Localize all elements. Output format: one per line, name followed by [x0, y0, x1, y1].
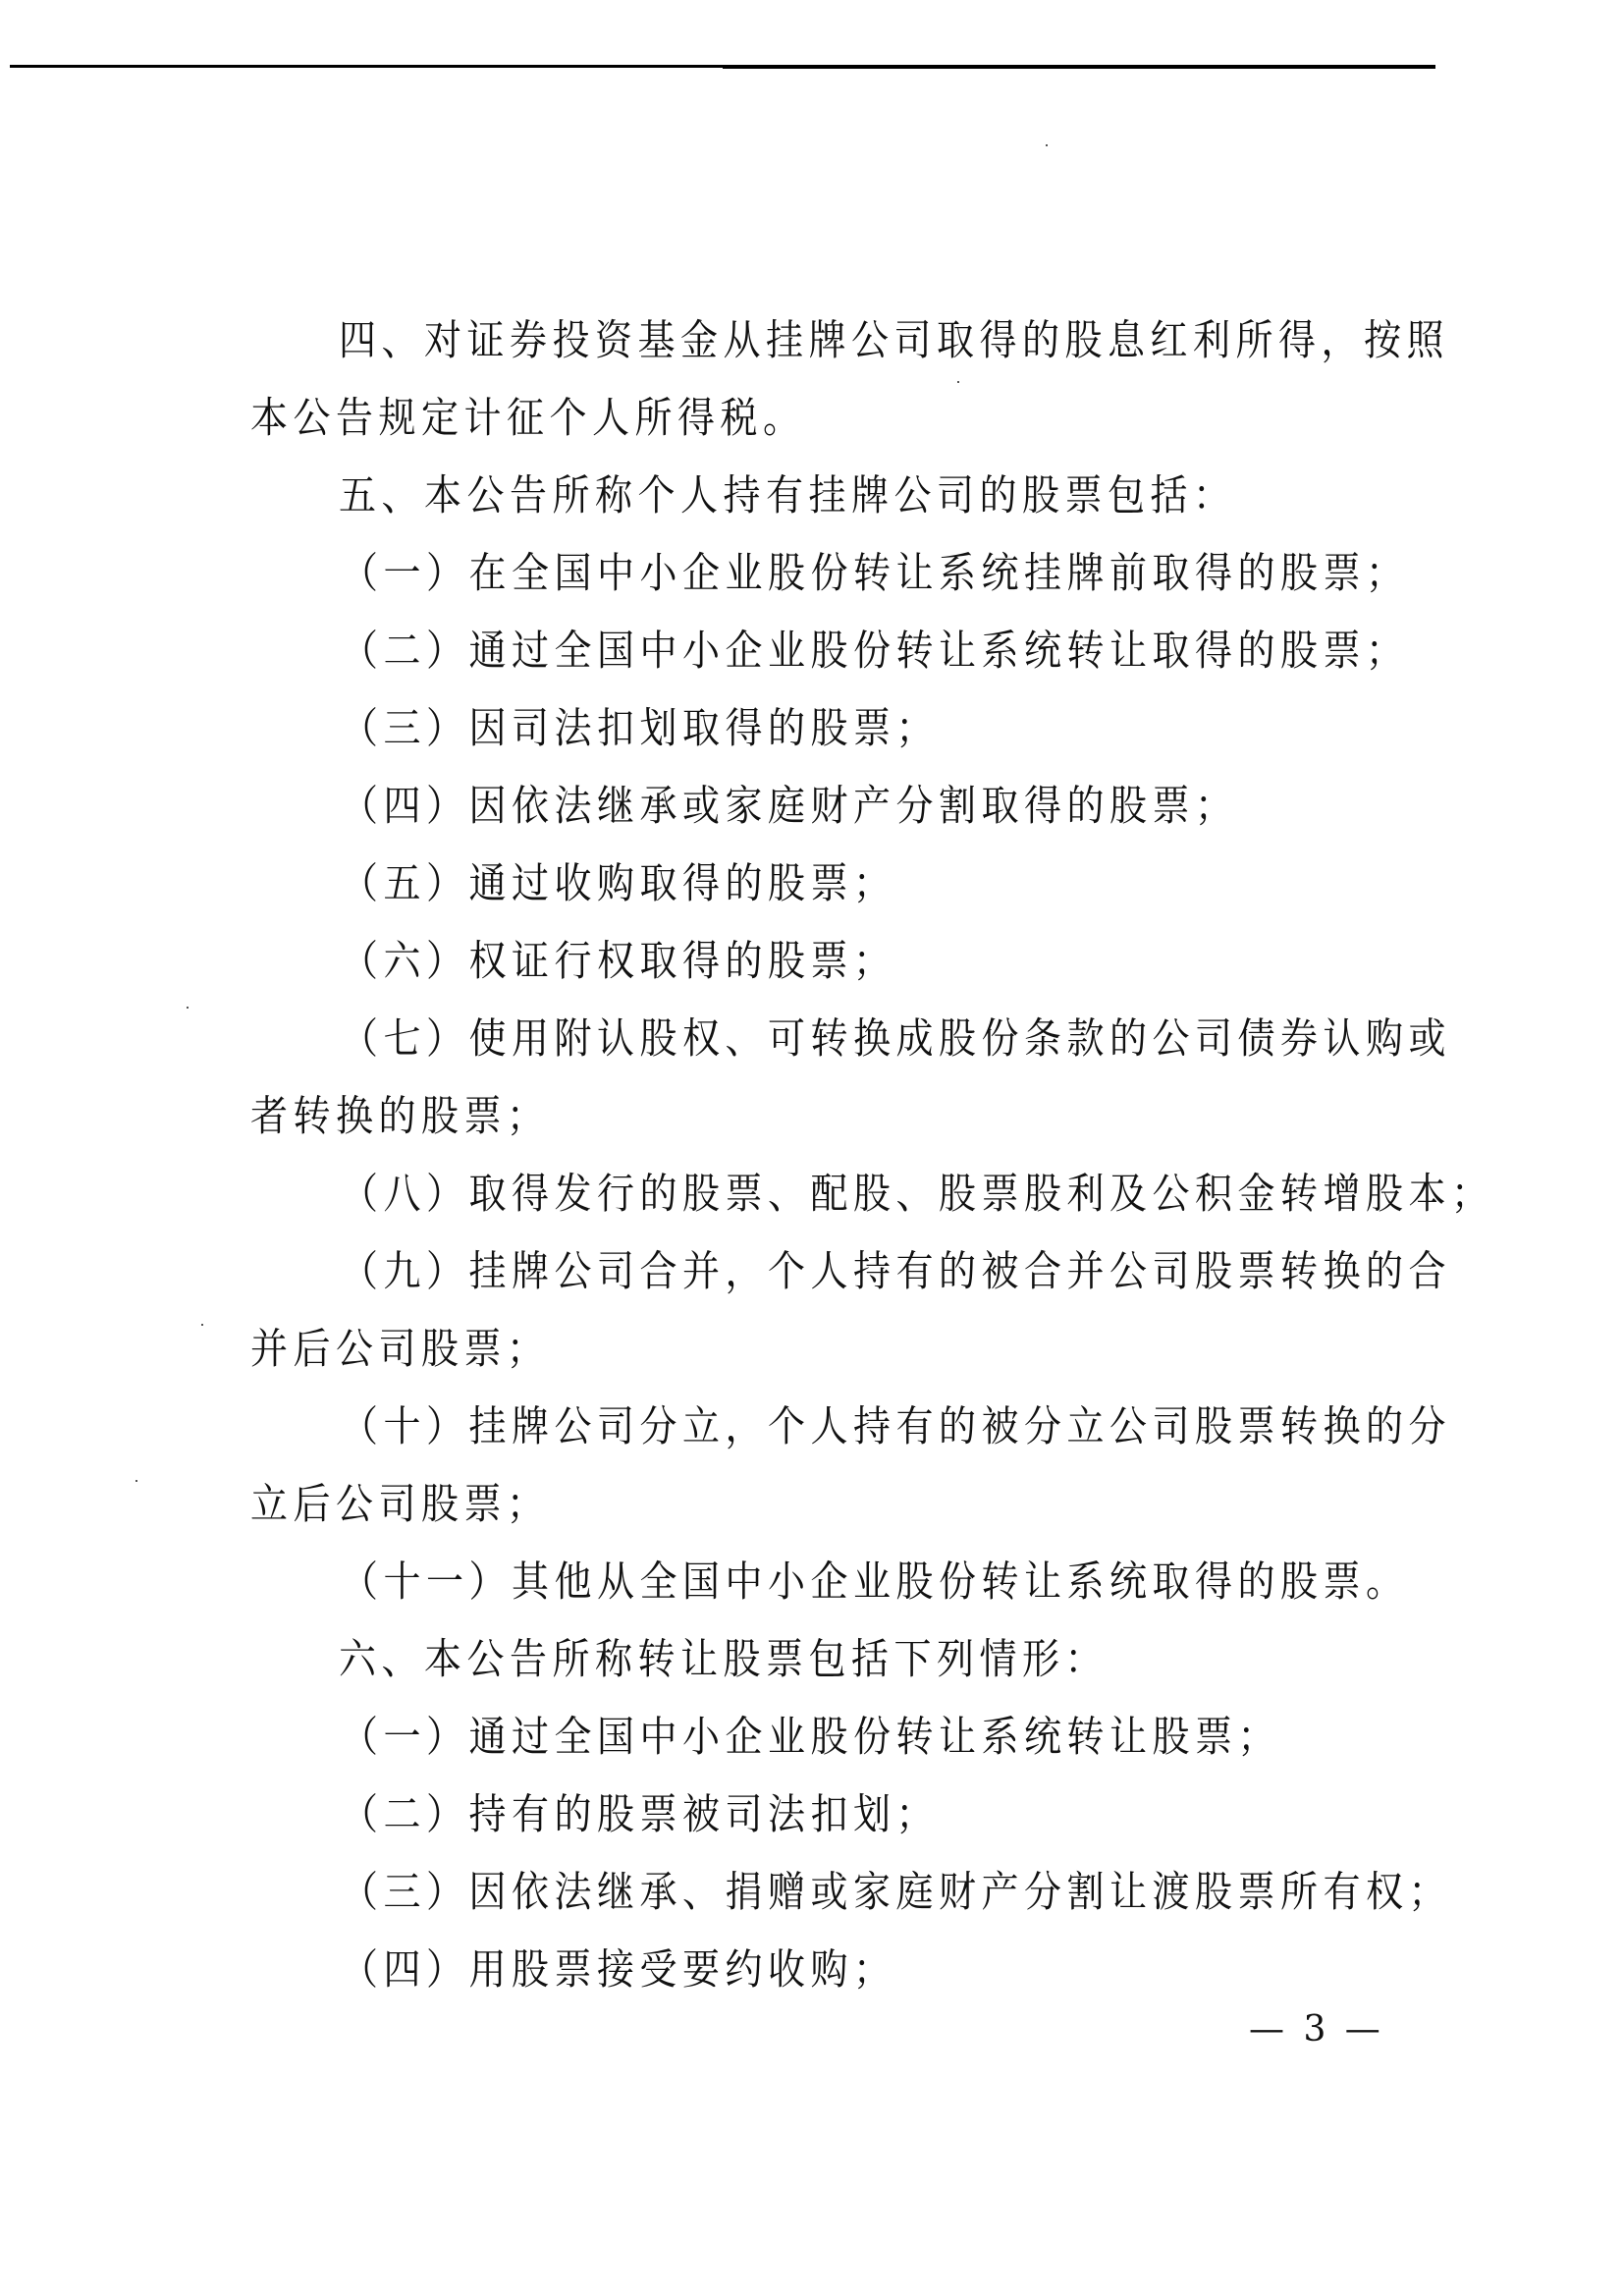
scan-speck [1046, 144, 1048, 146]
list-item-cont: 立后公司股票； [250, 1480, 550, 1528]
scan-speck [187, 1007, 189, 1009]
paragraph-4-cont: 本公告规定计征个人所得税。 [250, 394, 806, 442]
header-rule [10, 65, 1435, 68]
list-item: （四）用股票接受要约收购； [341, 1945, 896, 1994]
list-item-cont: 者转换的股票； [250, 1092, 550, 1140]
list-item: （一）通过全国中小企业股份转让系统转让股票； [341, 1713, 1280, 1761]
paragraph-5: 五、本公告所称个人持有挂牌公司的股票包括： [339, 471, 1236, 519]
list-item: （十一）其他从全国中小企业股份转让系统取得的股票。 [341, 1558, 1409, 1606]
paragraph-6: 六、本公告所称转让股票包括下列情形： [339, 1635, 1108, 1683]
list-item: （七）使用附认股权、可转换成股份条款的公司债券认购或 [341, 1014, 1451, 1063]
list-item: （五）通过收购取得的股票； [341, 859, 896, 907]
page-number: — 3 — [1249, 2009, 1384, 2050]
scan-speck [135, 1480, 137, 1482]
list-item: （四）因依法继承或家庭财产分割取得的股票； [341, 782, 1238, 830]
list-item: （九）挂牌公司合并，个人持有的被合并公司股票转换的合 [341, 1247, 1451, 1295]
list-item: （二）持有的股票被司法扣划； [341, 1790, 939, 1838]
list-item: （八）取得发行的股票、配股、股票股利及公积金转增股本； [341, 1170, 1494, 1218]
list-item: （六）权证行权取得的股票； [341, 937, 896, 985]
scan-speck [201, 1324, 203, 1326]
list-item-cont: 并后公司股票； [250, 1325, 550, 1373]
paragraph-4: 四、对证券投资基金从挂牌公司取得的股息红利所得，按照 [339, 316, 1449, 364]
list-item: （十）挂牌公司分立，个人持有的被分立公司股票转换的分 [341, 1402, 1451, 1450]
list-item: （二）通过全国中小企业股份转让系统转让取得的股票； [341, 627, 1409, 675]
list-item: （三）因依法继承、捐赠或家庭财产分割让渡股票所有权； [341, 1868, 1451, 1916]
list-item: （三）因司法扣划取得的股票； [341, 704, 939, 752]
scan-speck [957, 381, 959, 383]
list-item: （一）在全国中小企业股份转让系统挂牌前取得的股票； [341, 549, 1409, 597]
